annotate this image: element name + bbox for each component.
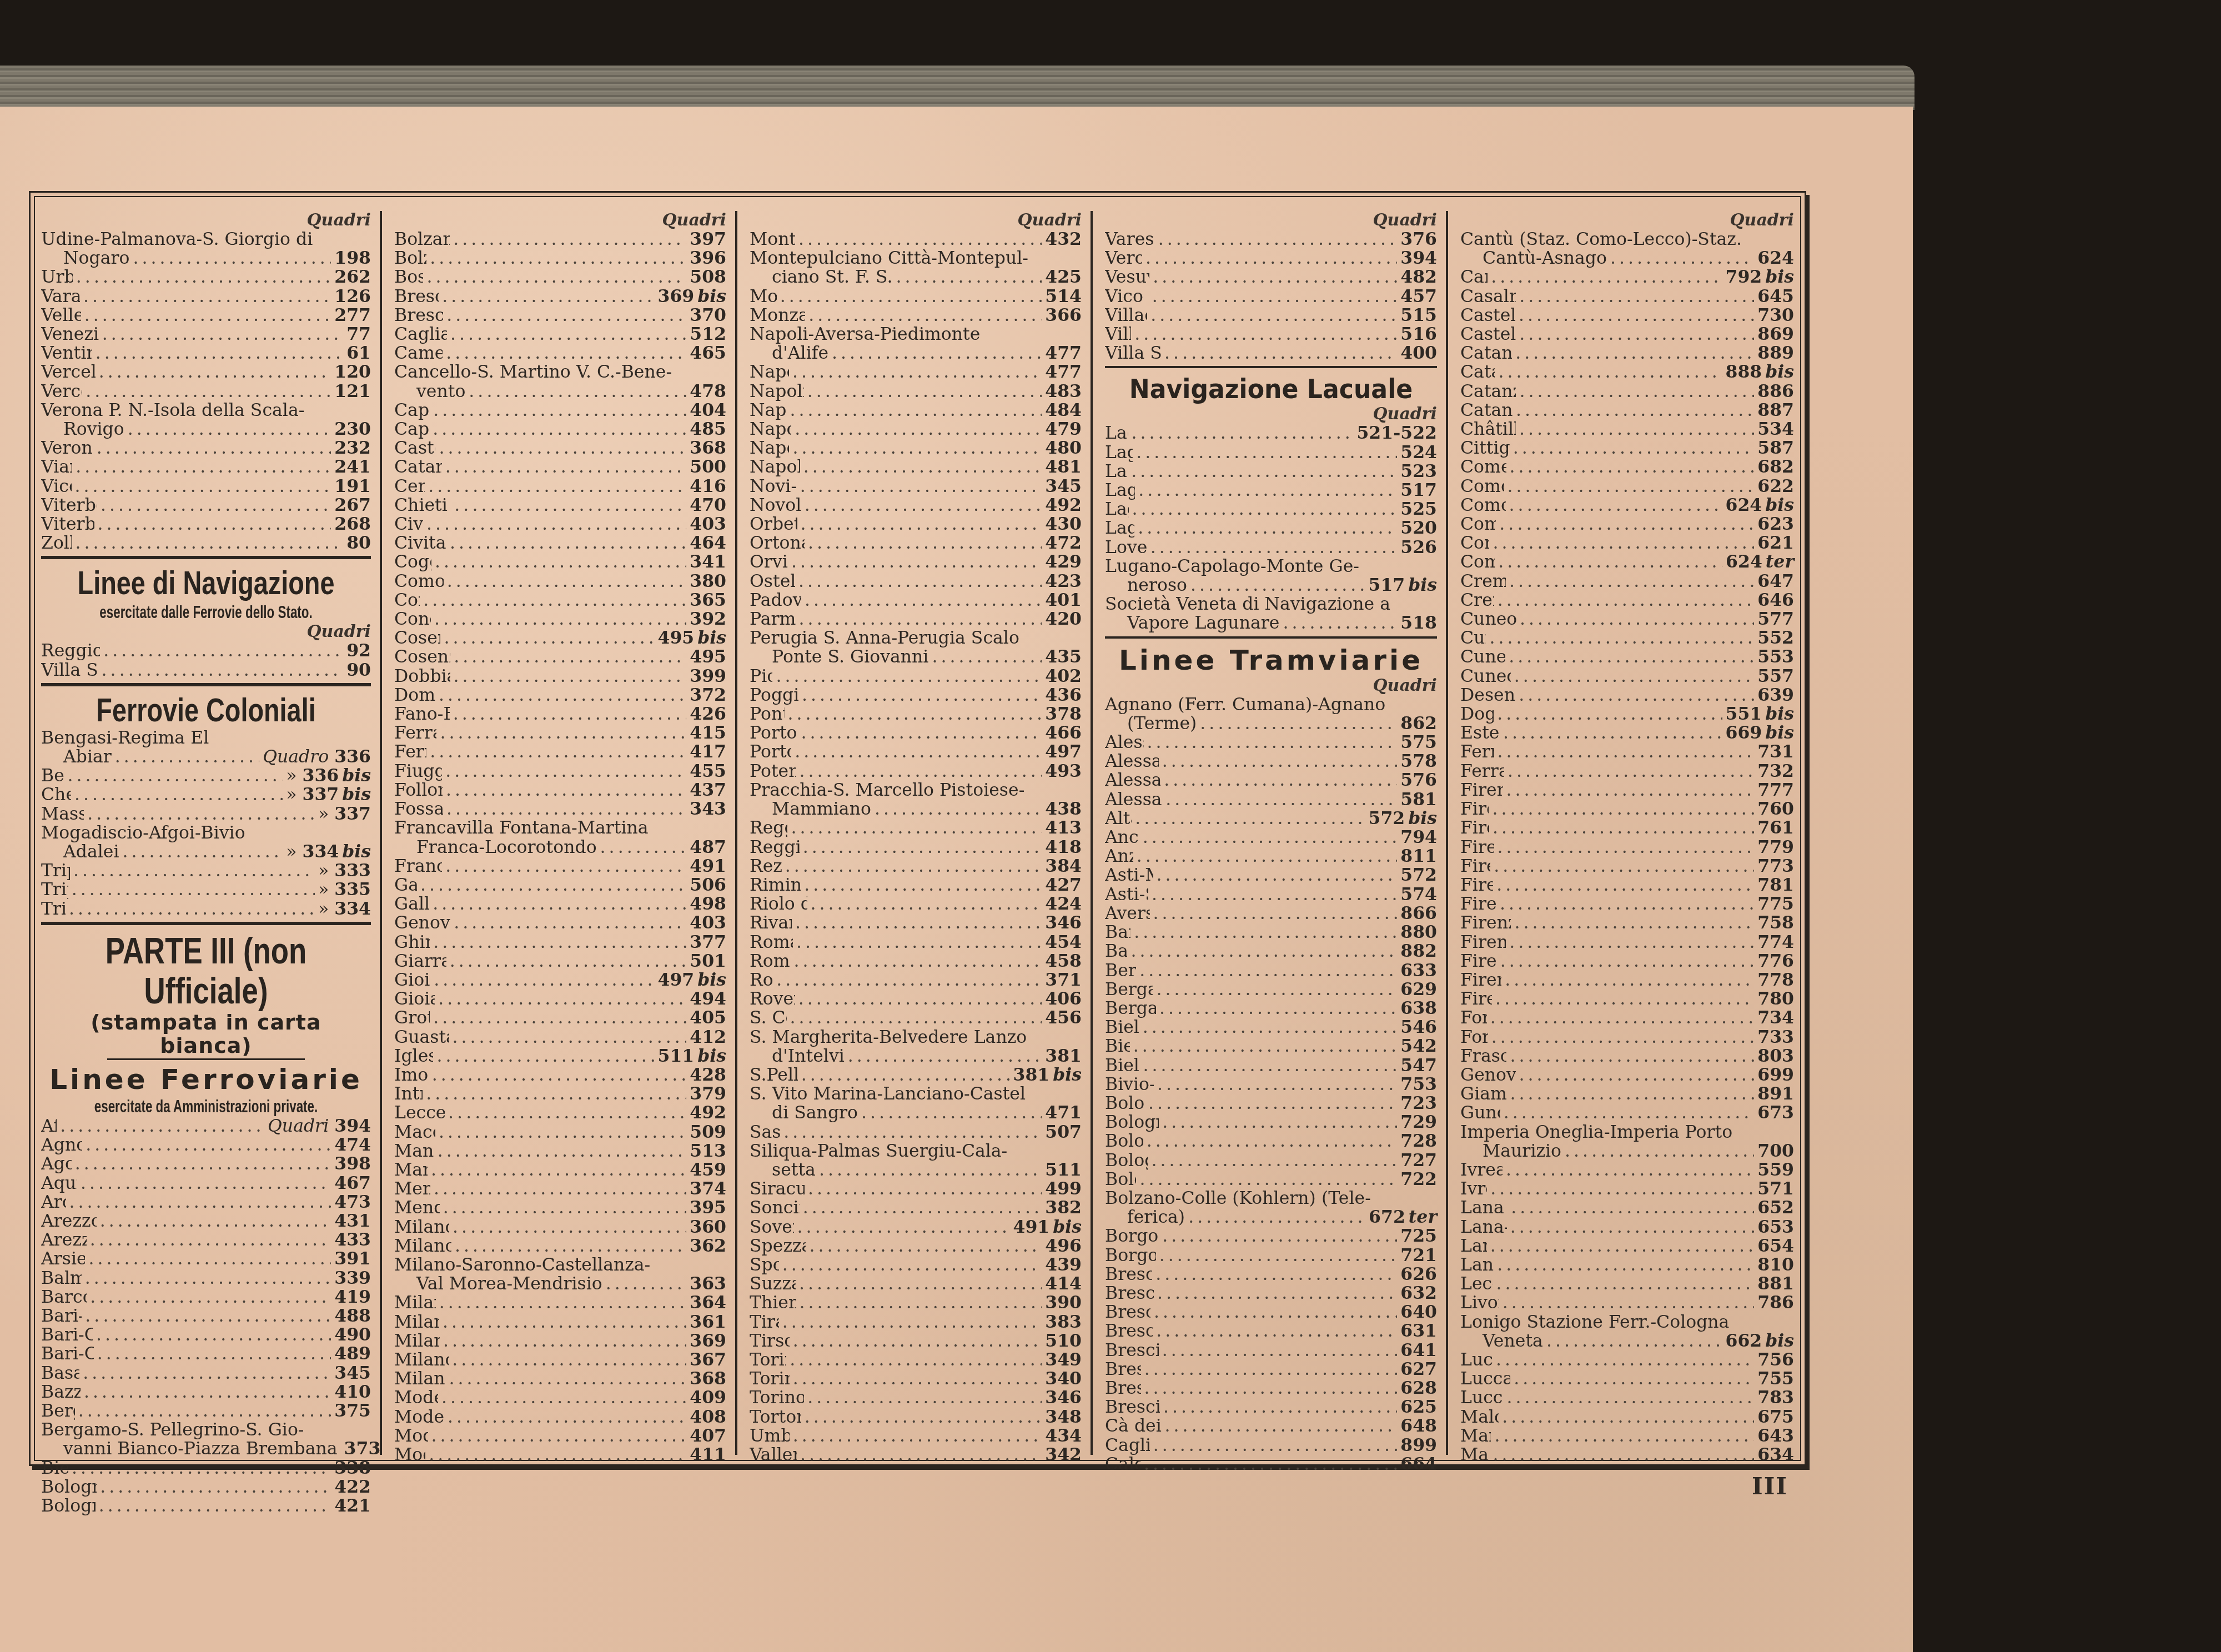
table-number: 430 [1045, 515, 1082, 534]
list-item: Como-Brunate (Funicolare)380 [394, 572, 726, 591]
table-number: 433 [334, 1231, 371, 1249]
list-item: Bologna-Pieve di Cento727 [1105, 1151, 1437, 1170]
entry-number: 396 [690, 248, 726, 268]
entry-name: Rovereto-Mori-Arco-Riva [750, 990, 795, 1008]
entry-number: 577 [1757, 609, 1794, 629]
table-number: 477 [1045, 363, 1082, 381]
leader-dots [1510, 1218, 1755, 1237]
entry-prefix: » [318, 880, 329, 900]
leader-dots [792, 363, 1042, 381]
table-number: 432 [1045, 230, 1082, 249]
list-item: Bari-Barletta880 [1105, 923, 1437, 942]
entry-prefix: Quadro [263, 747, 329, 767]
entry-number: 337 [303, 784, 339, 805]
table-number: Quadri394 [268, 1117, 371, 1136]
entry-name: Udine-Palmanova-S. Giorgio di [41, 230, 371, 249]
entry-number: 230 [334, 419, 371, 439]
entry-name: Lanuvio-Genzano [1460, 1256, 1494, 1274]
entry-number: 727 [1400, 1150, 1437, 1171]
entry-number: 587 [1757, 438, 1794, 458]
entry-name: Mandas-Isili-Sorgono [394, 1142, 434, 1161]
divider [1105, 366, 1437, 368]
leader-dots [1143, 1018, 1398, 1037]
leader-dots [455, 1237, 686, 1256]
leader-dots [797, 1218, 1010, 1237]
list-item: S. Vito Marina-Lanciano-Casteldi Sangro4… [750, 1084, 1082, 1122]
leader-dots [1499, 515, 1754, 534]
entry-number: 778 [1757, 970, 1794, 990]
entry-suffix: bis [1765, 704, 1794, 724]
leader-dots [1519, 686, 1754, 705]
table-number: 456 [1045, 1008, 1082, 1027]
entry-prefix: » [318, 861, 329, 881]
index-columns: Quadri Udine-Palmanova-S. Giorgio diNoga… [29, 211, 1803, 1455]
table-number: 483 [1045, 382, 1082, 401]
leader-dots [1515, 344, 1754, 363]
leader-dots [800, 1445, 1042, 1464]
table-number: 728 [1400, 1132, 1437, 1151]
leader-dots [803, 458, 1042, 476]
list-item: Follonica-Massa Marittima437 [394, 781, 726, 800]
entry-name: Como-Ponte Chiasso [1460, 553, 1495, 571]
leader-dots [1158, 230, 1398, 249]
table-number: 732 [1757, 762, 1794, 781]
entry-name: Aversa-Casal di Principe [1105, 904, 1150, 923]
entry-number: 632 [1400, 1283, 1437, 1303]
entry-number: 401 [1045, 590, 1082, 610]
entry-name: Follonica-Massa Marittima [394, 781, 443, 800]
list-item: Rimini-Mercatino Marecchia427 [750, 876, 1082, 895]
table-number: 382 [1045, 1198, 1082, 1217]
table-number: 341 [690, 553, 726, 571]
list-item: Cheren-Mai Adartè»337bis [41, 785, 371, 804]
table-number: 492 [1045, 496, 1082, 515]
entry-name: Francavilla Fontana-Lecce [394, 857, 442, 876]
list-item: Viterbo-Attigliano Bomarzo-Orte267 [41, 496, 371, 515]
leader-dots [793, 1427, 1042, 1445]
entry-number: 501 [690, 951, 726, 971]
entry-number: 776 [1757, 951, 1794, 971]
entry-number: 507 [1045, 1122, 1082, 1142]
entry-name-continued: Adalei [63, 842, 119, 861]
leader-dots [440, 724, 686, 742]
list-item: Carrara-Marina792bis [1460, 268, 1794, 287]
entry-number: 495 [690, 646, 726, 667]
entry-number: 398 [334, 1153, 371, 1174]
entry-name: Cuneo-Caraglio-Dronero [1460, 647, 1505, 666]
list-item: Roma-Fiuggi-Frosinone454 [750, 933, 1082, 952]
entry-number: 412 [690, 1027, 726, 1047]
table-number: 457 [1400, 287, 1437, 306]
entry-number: 786 [1757, 1292, 1794, 1313]
entry-number: 430 [1045, 514, 1082, 534]
list-item: Camerino-Castelraimondo.465 [394, 344, 726, 363]
leader-dots [1506, 1388, 1754, 1407]
entry-number: 647 [1757, 571, 1794, 591]
entry-number: 477 [1045, 343, 1082, 363]
table-number: 781 [1757, 876, 1794, 895]
table-number: 390 [1045, 1293, 1082, 1312]
entry-name: Borgo S. Donn.-Salsomaggiore [1105, 1227, 1159, 1246]
entry-name: Lucca-Ponte a Moriano [1460, 1388, 1503, 1407]
list-item: Alessandria-Spinetta-Mandrogne581 [1105, 790, 1437, 809]
leader-dots [1139, 1170, 1397, 1189]
entry-name: Modena-Vignola [394, 1445, 425, 1464]
table-number: 405 [690, 1008, 726, 1027]
leader-dots [85, 1269, 331, 1288]
list-item: Verona-Affi-Caprino394 [1105, 249, 1437, 268]
table-number: 625 [1400, 1398, 1437, 1417]
table-number: 639 [1757, 686, 1794, 705]
entry-number: 515 [1400, 305, 1437, 325]
entry-name: Catania-Acireale (Belvedere) [1460, 344, 1512, 363]
entry-name: Guncinà (Funicolare) [1460, 1103, 1500, 1122]
entry-number: 494 [690, 988, 726, 1009]
quadri-header: Quadri [1105, 405, 1437, 424]
entry-number: 624 [1726, 495, 1762, 515]
entry-name: Monza-Molteno-Oggiono-Lecco. [750, 306, 805, 325]
table-number: 416 [690, 477, 726, 496]
entry-name: Suzzara-Sermide-Ferrara [750, 1274, 796, 1293]
table-number: 497 [1045, 742, 1082, 761]
entry-number: 775 [1757, 893, 1794, 914]
entry-number: 435 [1045, 646, 1082, 667]
leader-dots [1510, 1047, 1754, 1066]
list-item: Pracchia-S. Marcello Pistoiese-Mammiano4… [750, 781, 1082, 819]
entry-name: Bergamo-S. Pellegrino-S. Gio- [41, 1420, 371, 1439]
entry-name: Torino-Sassi-Superga [750, 1369, 790, 1388]
entry-number: 646 [1757, 590, 1794, 610]
table-number: 379 [690, 1084, 726, 1103]
leader-dots [83, 1364, 331, 1383]
list-item: Reggio di Cal.Mar.-Messina Mar.92 [41, 641, 371, 660]
entry-number: 551 [1726, 704, 1762, 724]
entry-number: 346 [1045, 912, 1082, 933]
entry-name: Giarratana-Vizzini Campagna [394, 952, 446, 971]
entry-name: Bologna-Casalecchio. [1105, 1094, 1145, 1113]
entry-number: 409 [690, 1387, 726, 1408]
leader-dots [76, 458, 331, 476]
list-item: Vesuvio-Pugliano-Eremo482 [1105, 268, 1437, 287]
entry-number: 485 [690, 419, 726, 439]
table-number: 577 [1757, 610, 1794, 629]
leader-dots [1509, 647, 1754, 666]
entry-name: Napoli-Aversa-Piedimonte [750, 325, 1082, 344]
leader-dots [450, 534, 686, 553]
entry-number: 397 [690, 229, 726, 249]
entry-name: Siracusa-Sortino Fusco-Ragusa [750, 1179, 805, 1198]
entry-name: Milano-Erba Incino-Canzo Asso [394, 1218, 449, 1237]
list-item: S. Margherita-Belvedere Lanzod'Intelvi38… [750, 1028, 1082, 1066]
entry-name: Bologna-Castel S. Pietro-Imola [1105, 1113, 1159, 1132]
entry-number: 513 [690, 1141, 726, 1161]
list-item: Fano-Fossombrone-Fermignano426 [394, 705, 726, 724]
table-number: 654 [1757, 1237, 1794, 1256]
entry-name: Lecce-Nardò-Tricase-Maglie [394, 1103, 445, 1122]
list-item: Napoli-Chiaia-Vomero (Funic.).483 [750, 382, 1082, 401]
entry-number: 391 [334, 1248, 371, 1269]
entry-name: Tortona-Castelnuovo Scrivia. [750, 1408, 801, 1427]
leader-dots [788, 705, 1042, 724]
entry-name: Ferrara-Pontelagoscuro [1460, 762, 1504, 781]
entry-suffix: bis [697, 286, 726, 307]
table-number: 756 [1757, 1350, 1794, 1369]
entry-suffix: bis [697, 1046, 726, 1066]
entry-name: Arsiero-Rocchette-Schio [41, 1249, 85, 1268]
entry-name: Tripoli-El Azizia [41, 861, 70, 880]
leader-dots [1157, 1075, 1397, 1094]
entry-number: 534 [1757, 419, 1794, 439]
entry-name: Orvieto (Funicolare) [750, 553, 788, 571]
leader-dots [426, 515, 686, 534]
entry-number: 639 [1757, 685, 1794, 705]
leader-dots [430, 249, 686, 268]
entry-number: 433 [334, 1229, 371, 1250]
leader-dots [431, 1427, 687, 1445]
table-number: 721 [1400, 1246, 1437, 1265]
entry-number: 232 [334, 438, 371, 458]
table-number: 384 [1045, 857, 1082, 876]
list-item: Milano-Erba Incino-Canzo Asso360 [394, 1218, 726, 1237]
table-number: 381bis [1013, 1066, 1082, 1084]
entry-name: Modena-Cavezzo Mirandola [394, 1408, 444, 1427]
column-5: Quadri Cantù (Staz. Como-Lecco)-Staz.Can… [1448, 211, 1803, 1455]
entry-number: 557 [1757, 666, 1794, 686]
table-number: »333 [318, 861, 371, 880]
table-number: 488 [334, 1307, 371, 1325]
entry-number: 333 [334, 860, 371, 881]
section-title-parte-iii: PARTE III (non Ufficiale) [74, 931, 338, 1011]
list-item: Genova (Tramvie elettriche di).699 [1460, 1066, 1794, 1084]
entry-number: 862 [1400, 713, 1437, 734]
list-item: Spezzano Albanese-Castrovillari496 [750, 1237, 1082, 1256]
entry-number: 634 [1757, 1444, 1794, 1465]
list-item: Genova-Castellaccio(Fun.elettr.)403 [394, 913, 726, 932]
list-item: Bivio-Terranova Bracciolini753 [1105, 1075, 1437, 1094]
entry-number: 576 [1400, 770, 1437, 790]
leader-dots [1546, 1332, 1722, 1350]
table-number: 647 [1757, 572, 1794, 591]
table-number: 518 [1400, 614, 1437, 632]
table-number: 622 [1757, 477, 1794, 496]
table-number: 886 [1757, 382, 1794, 401]
list-item: Lago Maggiore520 [1105, 519, 1437, 538]
list-item: Spoleto-Norcia439 [750, 1256, 1082, 1274]
table-number: 61 [346, 344, 371, 363]
entry-name: Bari-Barletta [1105, 923, 1130, 942]
entry-name: Mantova-Angeli [1460, 1427, 1491, 1445]
leader-dots [798, 572, 1042, 591]
table-number: 623 [1757, 515, 1794, 534]
entry-number: 414 [1045, 1273, 1082, 1294]
section-subtitle-navigazione: esercitate dalle Ferrovie dello Stato. [91, 601, 321, 622]
entry-number: 457 [1400, 286, 1437, 307]
entry-name: Firenze-Bagno a Ripoli [1460, 781, 1503, 800]
table-number: 371 [1045, 971, 1082, 990]
list-item: Napoli-Aversa-Piedimonted'Alife477 [750, 325, 1082, 363]
entry-name: Biella-Oropa [1105, 1037, 1130, 1056]
entry-number: 496 [1045, 1236, 1082, 1256]
list-item: Cremona-Ostiano646 [1460, 591, 1794, 610]
table-number: 362 [690, 1237, 726, 1256]
leader-dots [792, 439, 1042, 458]
entry-name: Milano-Saronno-Castellanza- [394, 1256, 726, 1274]
list-item: Brescia-Medole-Mantova640 [1105, 1303, 1437, 1322]
leader-dots [122, 842, 283, 861]
entry-name: Piove-Adria [750, 667, 772, 686]
list-item: Chieti Superiore-Chieti Inferiore470 [394, 496, 726, 515]
entry-name: Lonigo Stazione Ferr.-Cologna [1460, 1313, 1794, 1332]
list-item: Cittiglio-Bosco Valtravaglia587 [1460, 439, 1794, 458]
table-number: 699 [1757, 1066, 1794, 1084]
entry-number: 574 [1400, 884, 1437, 905]
leader-dots [429, 1445, 686, 1464]
entry-name: Malcontenta-Mestre [1460, 1408, 1499, 1427]
leader-dots [433, 895, 686, 913]
leader-dots [1511, 1198, 1754, 1217]
table-number: 345 [334, 1364, 371, 1383]
list-item: Novoli-Nardò-Tricase-Maglie492 [750, 496, 1082, 515]
entry-name: Firenze-Rovezzano [1460, 895, 1496, 913]
entry-number: 467 [334, 1173, 371, 1193]
list-item: Brescia-Pavone Mella-Ostiano.641 [1105, 1341, 1437, 1360]
entry-name: Bergamo-Clusone [41, 1402, 75, 1420]
entry-number: 575 [1400, 732, 1437, 752]
leader-dots [454, 913, 686, 932]
list-item: Anzio-Nettuno811 [1105, 847, 1437, 866]
list-item: Mendola-Fondo-Dermulo395 [394, 1198, 726, 1217]
entry-number: 774 [1757, 932, 1794, 952]
list-item: Modena-Cavezzo Mirandola408 [394, 1408, 726, 1427]
list-private-railways-b: Bolzano-Gries-Caldaro-Mendola397Bolzano-… [394, 230, 726, 1464]
list-item: Brescia-Gardone-Tavernole632 [1105, 1284, 1437, 1303]
leader-dots [1514, 1369, 1754, 1388]
table-number: 424 [1045, 895, 1082, 913]
list-linee-tramviarie: Agnano (Ferr. Cumana)-Agnano(Terme)862Al… [1105, 695, 1437, 1474]
list-item: Bergamo-Clusone375 [41, 1402, 371, 1420]
entry-number: 523 [1400, 461, 1437, 481]
table-number: 507 [1045, 1123, 1082, 1142]
entry-name: Catanzaro Città-Pontegrande [1460, 401, 1513, 420]
entry-name: Brescia-Gardone-Tavernole [1105, 1284, 1154, 1303]
leader-dots [76, 268, 331, 287]
leader-dots [97, 439, 331, 458]
leader-dots [1493, 819, 1754, 837]
entry-name: Fano-Fossombrone-Fermignano [394, 705, 450, 724]
entry-name: Agnano (Ferr. Cumana)-Agnano [1105, 695, 1437, 714]
list-item: Zollino-Otranto80 [41, 534, 371, 553]
table-number: 727 [1400, 1151, 1437, 1170]
entry-number: 777 [1757, 780, 1794, 800]
entry-name: Napoli-Pozzuoli-Torregaveta [750, 458, 800, 476]
entry-number: 491 [690, 856, 726, 876]
divider [41, 556, 371, 559]
table-number: 427 [1045, 876, 1082, 895]
entry-number: 402 [1045, 666, 1082, 686]
entry-number: 77 [346, 324, 371, 344]
entry-number: 267 [334, 495, 371, 515]
list-item: Lago di Como521-522 [1105, 424, 1437, 443]
leader-dots [445, 762, 686, 781]
table-number: 398 [334, 1154, 371, 1173]
list-item: Bazzano-Spilamberto410 [41, 1383, 371, 1402]
table-number: 465 [690, 344, 726, 363]
entry-name: Chieti Superiore-Chieti Inferiore [394, 496, 451, 515]
leader-dots [128, 420, 331, 439]
entry-number: 410 [334, 1382, 371, 1402]
leader-dots [1498, 838, 1755, 857]
leader-dots [454, 667, 687, 686]
leader-dots [1490, 1008, 1754, 1027]
entry-name: Ventimiglia-Savona-Genova [41, 344, 92, 363]
entry-number: 121 [334, 381, 371, 401]
table-number: 632 [1400, 1284, 1437, 1303]
entry-name: Mogadiscio-Afgoi-Bivio [41, 824, 371, 842]
entry-number: 413 [1045, 817, 1082, 838]
quadri-header: Quadri [1105, 676, 1437, 695]
table-number: 578 [1400, 752, 1437, 771]
entry-number: 373 [344, 1438, 381, 1459]
entry-number: 335 [334, 879, 371, 900]
table-number: 346 [1045, 913, 1082, 932]
entry-number: 489 [334, 1343, 371, 1364]
entry-name: Villa Santina-Staz. per la Carnia [1105, 344, 1161, 363]
entry-name: Gioia Tauro-Cittanova [394, 971, 430, 990]
entry-number: 395 [690, 1197, 726, 1218]
entry-number: 424 [1045, 893, 1082, 914]
entry-number: 437 [690, 780, 726, 800]
entry-name: Lago di Lugano [1105, 481, 1135, 500]
entry-name: Balma-Andorno-Biella [41, 1269, 82, 1288]
list-item: Brescia-Iseo-Pisogne-Edolo370 [394, 306, 726, 325]
list-item: Mandas-Isili-Sorgono513 [394, 1142, 726, 1161]
list-item: Lecce-S. Cataldo881 [1460, 1274, 1794, 1293]
leader-dots [1498, 742, 1755, 761]
leader-dots [811, 895, 1042, 913]
entry-name: Napoli-Chiaia-Vomero (Funic.). [750, 382, 804, 401]
entry-name-continued: Veneta [1483, 1332, 1543, 1350]
list-item: Verona P. N.-Modena-Bologna232 [41, 439, 371, 458]
list-item: Francavilla Fontana-Lecce491 [394, 857, 726, 876]
list-item: Imperia Oneglia-Imperia PortoMaurizio700 [1460, 1123, 1794, 1161]
leader-dots [434, 610, 686, 629]
table-number: 90 [346, 661, 371, 680]
list-item: Cagliari-Gairo-Tortolì-Arbatax512 [394, 325, 726, 344]
entry-name: Montepulciano Città-Montepul- [750, 249, 1082, 268]
leader-dots [1136, 443, 1397, 462]
list-item: Agordo-Bribano398 [41, 1154, 371, 1173]
list-item: Porto S. Venere-Mileto497 [750, 742, 1082, 761]
leader-dots [78, 1402, 331, 1420]
entry-number: 429 [1045, 551, 1082, 572]
leader-dots [76, 534, 344, 553]
entry-number: 415 [690, 722, 726, 743]
leader-dots [446, 306, 686, 325]
entry-number: 268 [334, 514, 371, 534]
entry-name-continued: vanni Bianco-Piazza Brembana [63, 1439, 338, 1458]
entry-number: 378 [1045, 704, 1082, 724]
leader-dots [1156, 980, 1397, 999]
list-item: Villa Santina-Staz. per la Carnia400 [1105, 344, 1437, 363]
table-number: 394 [1400, 249, 1437, 268]
entry-name: Lecce-S. Cataldo [1460, 1274, 1493, 1293]
entry-suffix: bis [342, 784, 371, 805]
entry-name: Firenze-Settignano [1460, 952, 1497, 971]
leader-dots [782, 1313, 1042, 1332]
entry-number: 92 [346, 640, 371, 661]
list-item: Monti-Tempio514 [750, 287, 1082, 306]
entry-name: Velletri-Segni Paliano [41, 306, 81, 325]
